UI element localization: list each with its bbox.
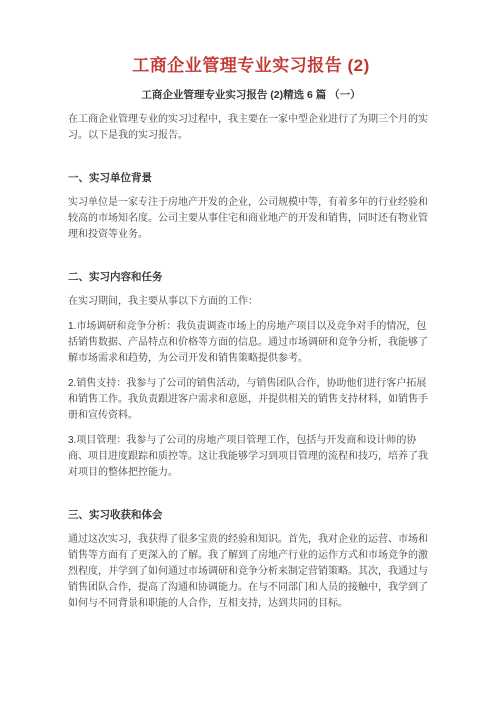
section-3-paragraph-1: 通过这次实习，我获得了很多宝贵的经验和知识。首先，我对企业的运营、市场和销售等方… — [68, 532, 434, 612]
section-2-paragraph-3: 2.销售支持：我参与了公司的销售活动，与销售团队合作，协助他们进行客户拓展和销售… — [68, 376, 434, 424]
document-title: 工商企业管理专业实习报告 (2) — [68, 55, 434, 77]
section-2-paragraph-1: 在实习期间，我主要从事以下方面的工作： — [68, 294, 434, 310]
section-heading-3: 三、实习收获和体会 — [68, 507, 434, 523]
section-2-paragraph-2: 1.市场调研和竞争分析：我负责调查市场上的房地产项目以及竞争对手的情况，包括销售… — [68, 319, 434, 367]
section-2-paragraph-4: 3.项目管理：我参与了公司的房地产项目管理工作，包括与开发商和设计师的协商、项目… — [68, 433, 434, 481]
section-heading-1: 一、实习单位背景 — [68, 170, 434, 186]
section-1-paragraph-1: 实习单位是一家专注于房地产开发的企业，公司规模中等，有着多年的行业经验和较高的市… — [68, 195, 434, 243]
section-heading-2: 二、实习内容和任务 — [68, 269, 434, 285]
document-subtitle: 工商企业管理专业实习报告 (2)精选 6 篇 （一） — [68, 88, 434, 102]
intro-paragraph: 在工商企业管理专业的实习过程中，我主要在一家中型企业进行了为期三个月的实习。以下… — [68, 112, 434, 144]
document-page: 工商企业管理专业实习报告 (2) 工商企业管理专业实习报告 (2)精选 6 篇 … — [0, 0, 500, 707]
